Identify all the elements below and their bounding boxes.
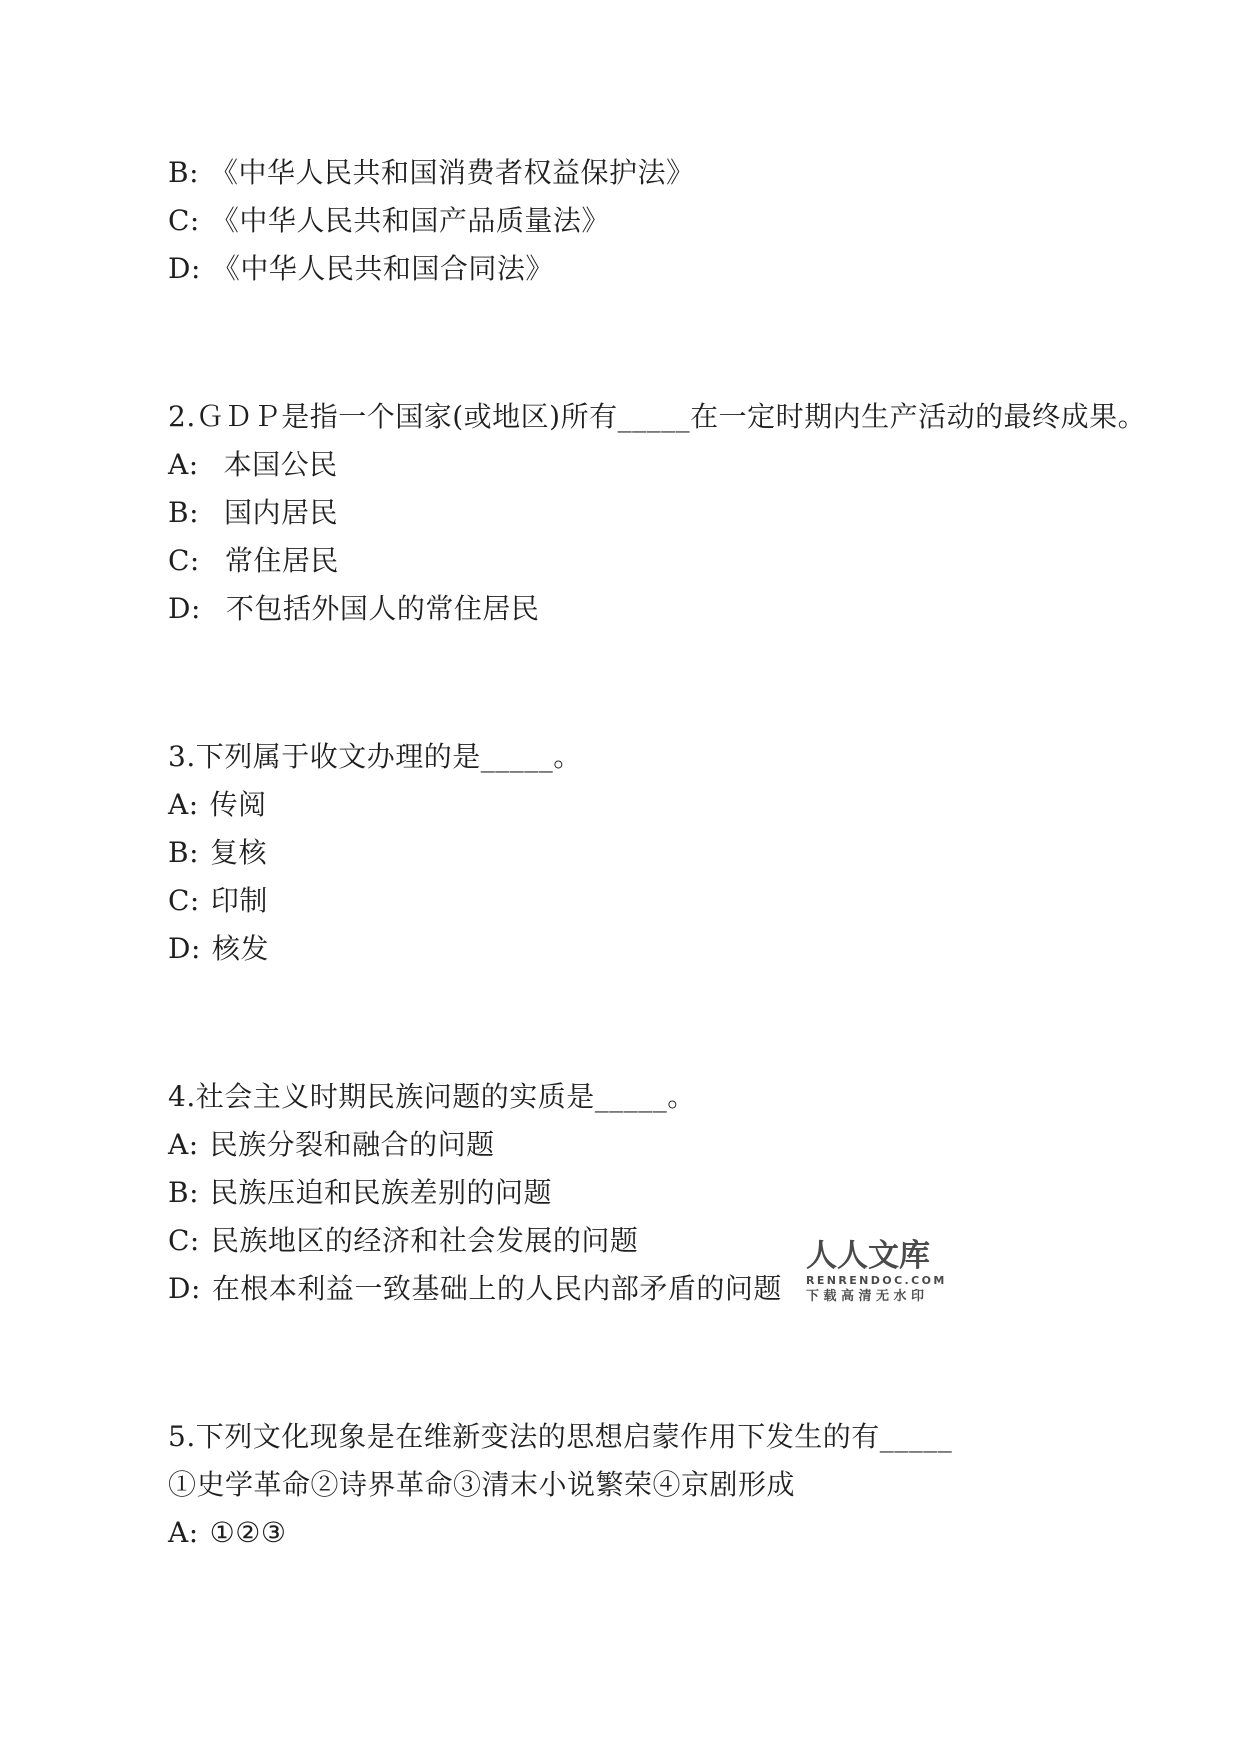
watermark-domain: RENRENDOC.COM <box>806 1274 956 1287</box>
option-line: A: 民族分裂和融合的问题 <box>168 1121 1180 1169</box>
question-block-1: B: 《中华人民共和国消费者权益保护法》 C: 《中华人民共和国产品质量法》 D… <box>168 149 1180 293</box>
question-stem: 2.ＧＤＰ是指一个国家(或地区)所有_____在一定时期内生产活动的最终成果。 <box>168 393 1180 441</box>
question-block-5: 5.下列文化现象是在维新变法的思想启蒙作用下发生的有_____ ①史学革命②诗界… <box>168 1413 1180 1557</box>
watermark-logo: 人人文库 <box>806 1240 956 1272</box>
option-label: C: <box>168 537 200 585</box>
option-line: D: 不包括外国人的常住居民 <box>168 585 1180 633</box>
option-text: 不包括外国人的常住居民 <box>226 585 540 633</box>
option-line: A: 传阅 <box>168 781 1180 829</box>
option-text: 在根本利益一致基础上的人民内部矛盾的问题 <box>212 1265 782 1313</box>
option-line: C: 常住居民 <box>168 537 1180 585</box>
option-text: 传阅 <box>210 781 267 829</box>
option-text: 民族地区的经济和社会发展的问题 <box>211 1217 639 1265</box>
option-label: C: <box>168 1217 200 1265</box>
question-sub-items: ①史学革命②诗界革命③清末小说繁荣④京剧形成 <box>168 1461 1180 1509</box>
option-text: 核发 <box>212 925 269 973</box>
document-page: B: 《中华人民共和国消费者权益保护法》 C: 《中华人民共和国产品质量法》 D… <box>0 0 1240 1753</box>
watermark-tagline: 下载高清无水印 <box>806 1289 956 1304</box>
option-label: C: <box>168 877 200 925</box>
option-line: D: 核发 <box>168 925 1180 973</box>
option-line: A: 本国公民 <box>168 441 1180 489</box>
option-text: 民族压迫和民族差别的问题 <box>210 1169 552 1217</box>
option-text: ①②③ <box>210 1509 287 1557</box>
exam-content: B: 《中华人民共和国消费者权益保护法》 C: 《中华人民共和国产品质量法》 D… <box>168 149 1180 1557</box>
option-line: B: 《中华人民共和国消费者权益保护法》 <box>168 149 1180 197</box>
question-stem: 5.下列文化现象是在维新变法的思想启蒙作用下发生的有_____ <box>168 1413 1180 1461</box>
option-label: A: <box>168 1121 199 1169</box>
option-label: B: <box>168 489 199 537</box>
option-label: D: <box>168 245 201 293</box>
option-text: 国内居民 <box>224 489 338 537</box>
option-line: C: 印制 <box>168 877 1180 925</box>
option-line: D: 在根本利益一致基础上的人民内部矛盾的问题 <box>168 1265 1180 1313</box>
option-line: A: ①②③ <box>168 1509 1180 1557</box>
question-block-3: 3.下列属于收文办理的是_____。 A: 传阅 B: 复核 C: 印制 D: … <box>168 733 1180 973</box>
option-line: B: 国内居民 <box>168 489 1180 537</box>
option-label: D: <box>168 925 201 973</box>
option-line: D: 《中华人民共和国合同法》 <box>168 245 1180 293</box>
option-text: 印制 <box>211 877 268 925</box>
option-text: 民族分裂和融合的问题 <box>210 1121 495 1169</box>
option-line: C: 《中华人民共和国产品质量法》 <box>168 197 1180 245</box>
option-text: 本国公民 <box>224 441 338 489</box>
option-text: 复核 <box>210 829 267 877</box>
question-block-4: 4.社会主义时期民族问题的实质是_____。 A: 民族分裂和融合的问题 B: … <box>168 1073 1180 1313</box>
question-stem: 4.社会主义时期民族问题的实质是_____。 <box>168 1073 1180 1121</box>
question-stem: 3.下列属于收文办理的是_____。 <box>168 733 1180 781</box>
option-text: 《中华人民共和国合同法》 <box>212 245 554 293</box>
option-line: B: 复核 <box>168 829 1180 877</box>
option-label: C: <box>168 197 200 245</box>
option-label: B: <box>168 829 199 877</box>
option-label: B: <box>168 149 199 197</box>
option-text: 常住居民 <box>225 537 339 585</box>
option-label: A: <box>168 1509 199 1557</box>
option-line: C: 民族地区的经济和社会发展的问题 <box>168 1217 1180 1265</box>
watermark: 人人文库 RENRENDOC.COM 下载高清无水印 <box>806 1240 956 1304</box>
option-label: D: <box>168 1265 201 1313</box>
option-label: B: <box>168 1169 199 1217</box>
option-label: D: <box>168 585 201 633</box>
option-label: A: <box>168 441 199 489</box>
option-label: A: <box>168 781 199 829</box>
option-text: 《中华人民共和国消费者权益保护法》 <box>210 149 695 197</box>
question-block-2: 2.ＧＤＰ是指一个国家(或地区)所有_____在一定时期内生产活动的最终成果。 … <box>168 393 1180 633</box>
option-text: 《中华人民共和国产品质量法》 <box>211 197 610 245</box>
option-line: B: 民族压迫和民族差别的问题 <box>168 1169 1180 1217</box>
